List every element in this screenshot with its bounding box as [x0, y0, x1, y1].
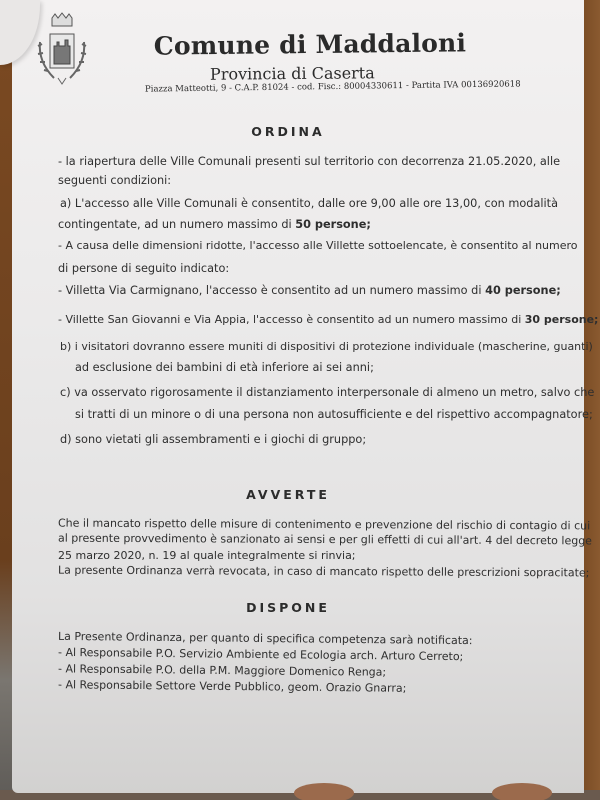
ordina-villette-intro: - A causa delle dimensioni ridotte, l'ac… [58, 239, 578, 252]
ordina-line-1: - la riapertura delle Ville Comunali pre… [58, 155, 560, 168]
ordina-villette-intro-cont: di persone di seguito indicato: [58, 262, 229, 275]
ordina-item-c-cont: si tratti di un minore o di una persona … [75, 408, 593, 421]
municipality-title: Comune di Maddaloni [130, 28, 490, 61]
carmignano-text: - Villetta Via Carmignano, l'accesso è c… [58, 284, 485, 297]
ordina-item-b: b) i visitatori dovranno essere muniti d… [60, 340, 593, 353]
ordina-item-a-text: contingentate, ad un numero massimo di [58, 218, 295, 231]
ordina-line-2: seguenti condizioni: [58, 174, 171, 187]
ordina-item-c: c) va osservato rigorosamente il distanz… [60, 386, 594, 399]
max-persons-sangiovanni: 30 persone; [525, 313, 599, 326]
municipal-coat-of-arms-icon [32, 12, 92, 92]
ordina-item-a-cont: contingentate, ad un numero massimo di 5… [58, 218, 371, 231]
heading-dispone: DISPONE [58, 600, 518, 615]
sangiovanni-text: - Villette San Giovanni e Via Appia, l'a… [58, 313, 525, 326]
max-persons-carmignano: 40 persone; [485, 284, 561, 297]
max-persons-ville: 50 persone; [295, 218, 371, 231]
avverte-line-1: Che il mancato rispetto delle misure di … [58, 517, 590, 533]
avverte-line-2: al presente provvedimento è sanzionato a… [58, 532, 592, 548]
province-subtitle: Provincia di Caserta [210, 63, 375, 83]
finger-left [294, 783, 354, 800]
ordina-carmignano: - Villetta Via Carmignano, l'accesso è c… [58, 284, 561, 297]
avverte-line-3: 25 marzo 2020, n. 19 al quale integralme… [58, 549, 356, 562]
avverte-line-4: La presente Ordinanza verrà revocata, in… [58, 564, 589, 580]
heading-ordina: ORDINA [58, 124, 518, 139]
ordina-sangiovanni: - Villette San Giovanni e Via Appia, l'a… [58, 313, 598, 326]
ordina-item-d: d) sono vietati gli assembramenti e i gi… [60, 433, 366, 446]
ordina-item-a: a) L'accesso alle Ville Comunali è conse… [60, 197, 558, 210]
table-surface-right [582, 0, 600, 800]
ordina-item-b-cont: ad esclusione dei bambini di età inferio… [75, 361, 374, 374]
finger-right [492, 783, 552, 800]
heading-avverte: AVVERTE [58, 487, 518, 502]
